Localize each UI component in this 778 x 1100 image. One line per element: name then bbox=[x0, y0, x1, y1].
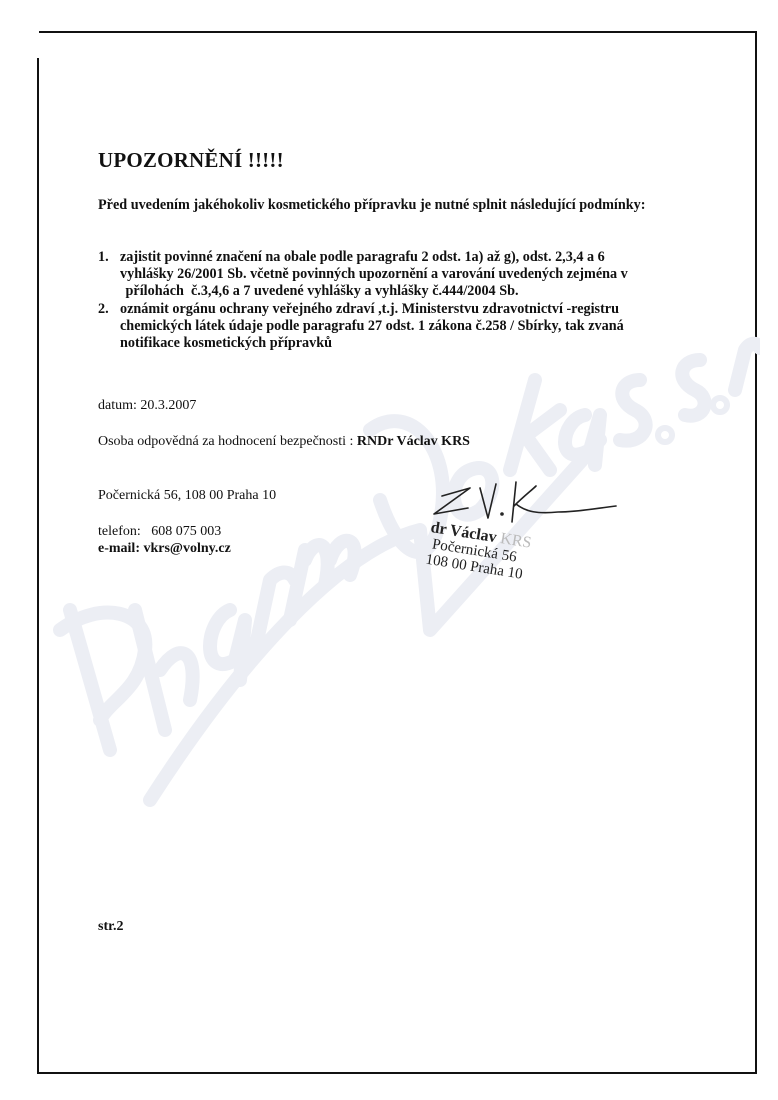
list-line: zajistit povinné značení na obale podle … bbox=[120, 249, 708, 266]
responsible-person-label: Osoba odpovědná za hodnocení bezpečnosti… bbox=[98, 434, 357, 449]
list-item: 1. zajistit povinné značení na obale pod… bbox=[98, 249, 708, 301]
list-number: 1. bbox=[98, 249, 120, 301]
page-number: str.2 bbox=[98, 919, 124, 935]
list-text: oznámit orgánu ochrany veřejného zdraví … bbox=[120, 301, 708, 353]
responsible-person-line: Osoba odpovědná za hodnocení bezpečnosti… bbox=[98, 434, 470, 450]
email-line[interactable]: e-mail: vkrs@volny.cz bbox=[98, 541, 231, 557]
phone-line: telefon: 608 075 003 bbox=[98, 524, 221, 540]
address-line: Počernická 56, 108 00 Praha 10 bbox=[98, 488, 276, 504]
list-number: 2. bbox=[98, 301, 120, 353]
page-border-top bbox=[39, 31, 755, 33]
list-text: zajistit povinné značení na obale podle … bbox=[120, 249, 708, 301]
list-item: 2. oznámit orgánu ochrany veřejného zdra… bbox=[98, 301, 708, 353]
list-line: oznámit orgánu ochrany veřejného zdraví … bbox=[120, 301, 708, 318]
responsible-person-name: RNDr Václav KRS bbox=[357, 434, 470, 449]
page-border-left bbox=[37, 58, 39, 1074]
page-title: UPOZORNĚNÍ !!!!! bbox=[98, 148, 284, 173]
date-line: datum: 20.3.2007 bbox=[98, 398, 196, 414]
requirements-list: 1. zajistit povinné značení na obale pod… bbox=[98, 249, 708, 352]
page-border-right bbox=[755, 31, 757, 1074]
page-border-bottom bbox=[37, 1072, 757, 1074]
list-line: notifikace kosmetických přípravků bbox=[120, 335, 708, 352]
list-line: vyhlášky 26/2001 Sb. včetně povinných up… bbox=[120, 266, 708, 283]
list-line: chemických látek údaje podle paragrafu 2… bbox=[120, 318, 708, 335]
intro-paragraph: Před uvedením jakéhokoliv kosmetického p… bbox=[98, 196, 658, 214]
list-line: přílohách č.3,4,6 a 7 uvedené vyhlášky a… bbox=[120, 283, 708, 300]
